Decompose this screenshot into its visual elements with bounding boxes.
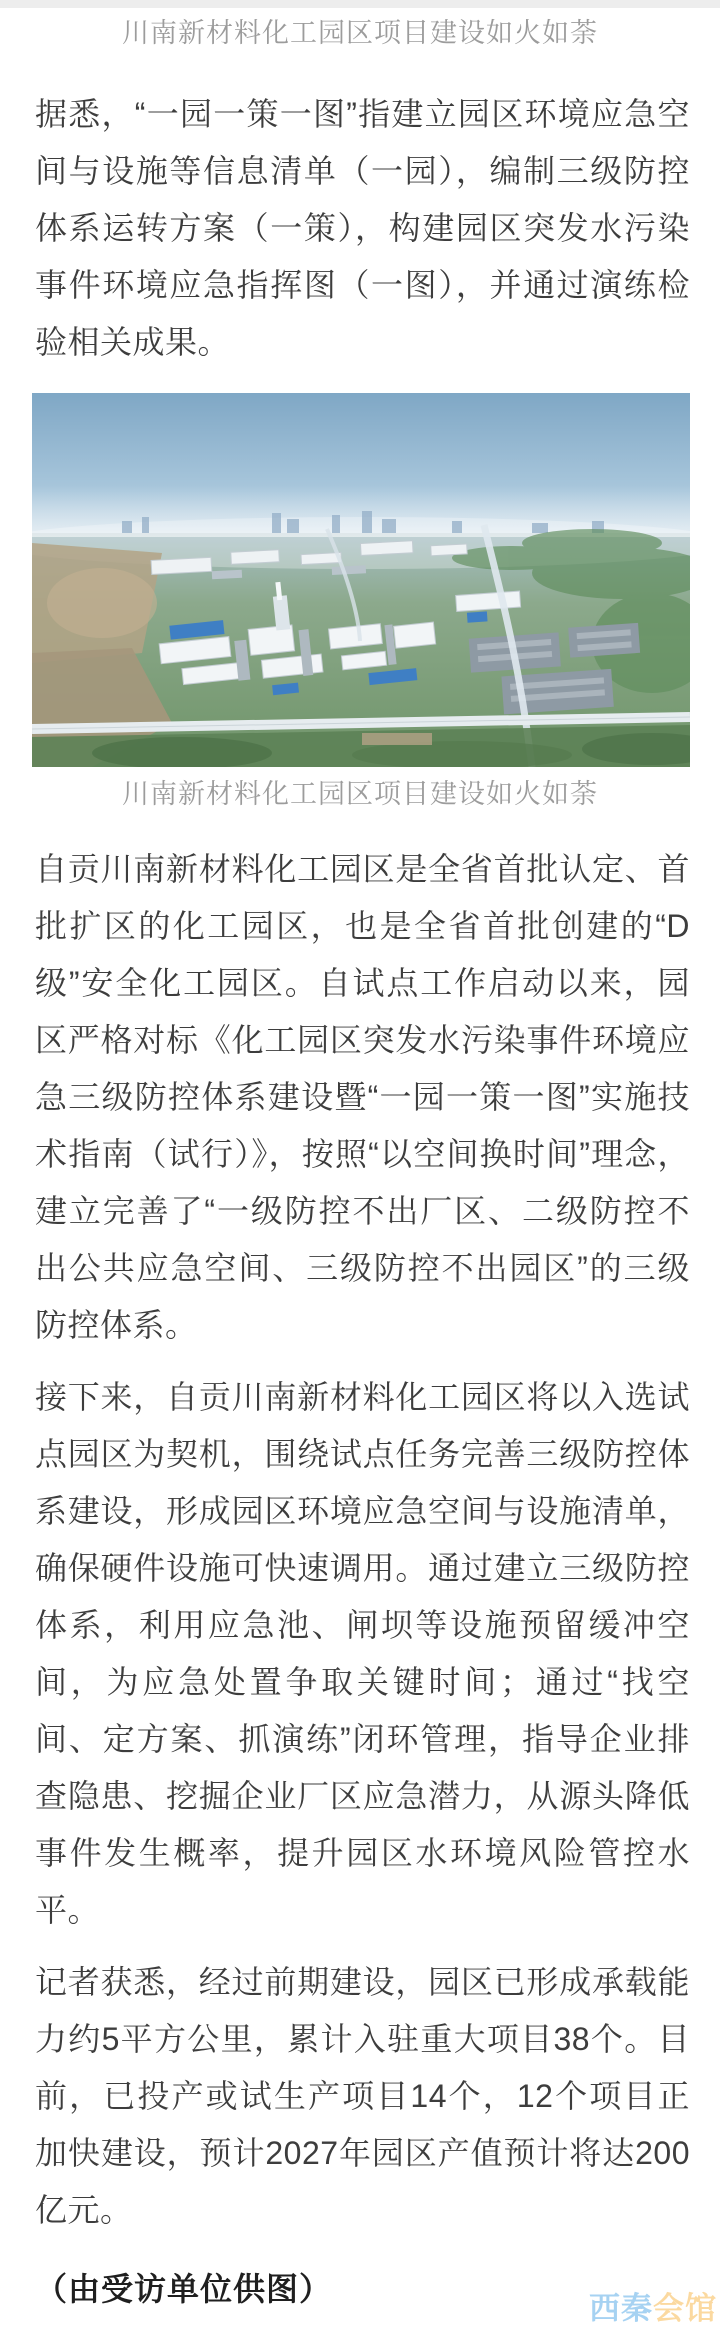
article-paragraph-4: 记者获悉，经过前期建设，园区已形成承载能力约5平方公里，累计入驻重大项目38个。… bbox=[35, 1954, 690, 2239]
article-paragraph-1: 据悉，“一园一策一图”指建立园区环境应急空间与设施等信息清单（一园），编制三级防… bbox=[35, 86, 690, 371]
aerial-photo[interactable] bbox=[32, 393, 690, 767]
photo-caption: 川南新材料化工园区项目建设如火如荼 bbox=[30, 777, 690, 811]
watermark-text-left: 西秦 bbox=[589, 2291, 653, 2326]
previous-image-edge bbox=[0, 0, 720, 8]
article-paragraph-2: 自贡川南新材料化工园区是全省首批认定、首批扩区的化工园区，也是全省首批创建的“D… bbox=[35, 841, 690, 1354]
site-watermark: 西秦会馆 bbox=[589, 2292, 717, 2325]
article-paragraph-3: 接下来，自贡川南新材料化工园区将以入选试点园区为契机，围绕试点任务完善三级防控体… bbox=[35, 1369, 690, 1939]
top-photo-caption: 川南新材料化工园区项目建设如火如荼 bbox=[30, 16, 690, 50]
article-page: 川南新材料化工园区项目建设如火如荼 据悉，“一园一策一图”指建立园区环境应急空间… bbox=[0, 0, 720, 2327]
watermark-text-right: 会馆 bbox=[653, 2291, 717, 2326]
aerial-photo-illustration bbox=[32, 393, 690, 767]
